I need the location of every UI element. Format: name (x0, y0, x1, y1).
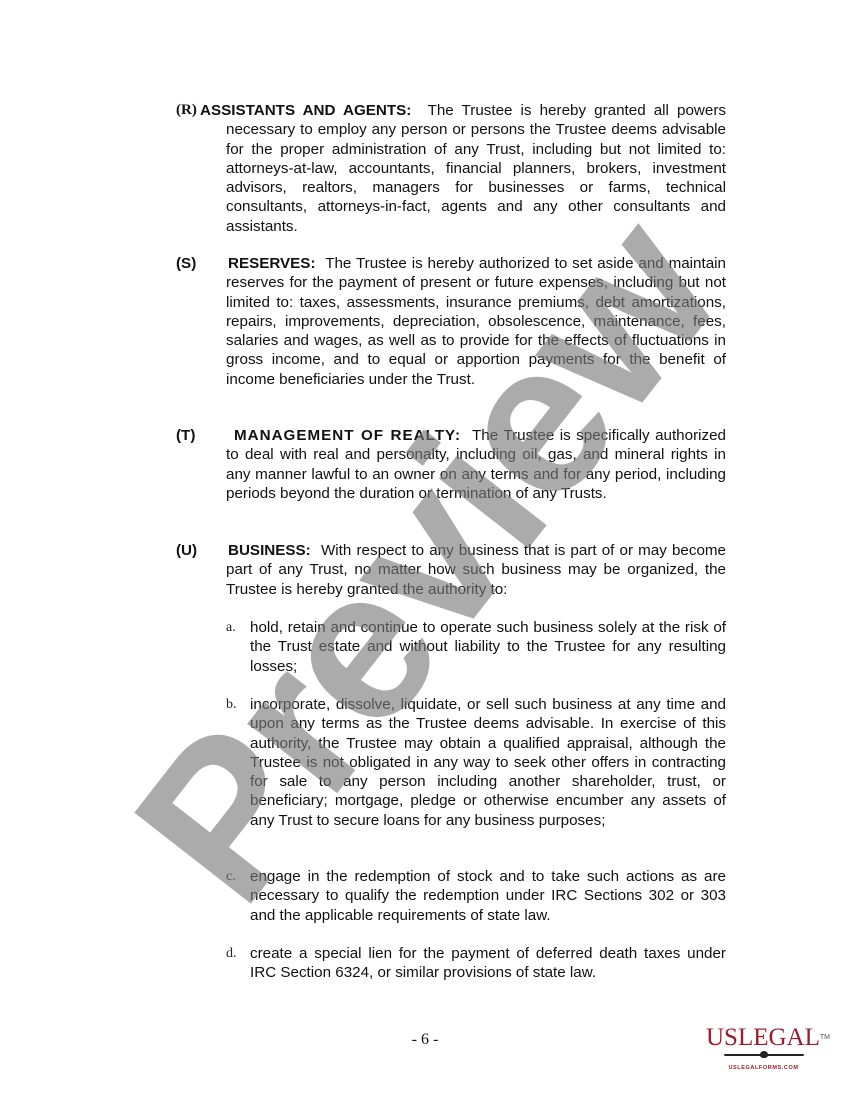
section-label: (T) (176, 426, 195, 445)
section-label: (U) (176, 541, 197, 560)
list-text: incorporate, dissolve, liquidate, or sel… (250, 695, 726, 830)
trademark-symbol: TM (820, 1034, 830, 1041)
section-body: BUSINESS: With respect to any business t… (226, 541, 726, 599)
section-heading: MANAGEMENT OF REALTY: (234, 427, 461, 444)
list-letter: a. (226, 618, 236, 637)
section-label: (R) (176, 101, 197, 120)
list-letter: c. (226, 867, 236, 886)
uslegal-logo[interactable]: USLEGALTM USLEGALFORMS.COM (706, 1025, 821, 1069)
list-item-a: a. hold, retain and continue to operate … (226, 618, 726, 676)
section-body: MANAGEMENT OF REALTY: The Trustee is spe… (226, 426, 726, 503)
section-s: (S) RESERVES: The Trustee is hereby auth… (176, 254, 726, 389)
section-label: (S) (176, 254, 196, 273)
section-body: ASSISTANTS AND AGENTS: The Trustee is he… (226, 101, 726, 236)
list-item-d: d. create a special lien for the payment… (226, 944, 726, 983)
section-body: RESERVES: The Trustee is hereby authoriz… (226, 254, 726, 389)
list-text: hold, retain and continue to operate suc… (250, 618, 726, 676)
section-text: The Trustee is hereby authorized to set … (226, 255, 726, 388)
list-text: create a special lien for the payment of… (250, 944, 726, 983)
section-u: (U) BUSINESS: With respect to any busine… (176, 541, 726, 599)
section-r: (R) ASSISTANTS AND AGENTS: The Trustee i… (176, 101, 726, 236)
section-t: (T) MANAGEMENT OF REALTY: The Trustee is… (176, 426, 726, 503)
list-text: engage in the redemption of stock and to… (250, 867, 726, 925)
logo-url: USLEGALFORMS.COM (706, 1059, 821, 1078)
logo-brand-text: USLEGAL (706, 1024, 820, 1051)
logo-brand: USLEGALTM (706, 1025, 821, 1051)
section-text: The Trustee is hereby granted all powers… (226, 102, 726, 235)
list-letter: d. (226, 944, 237, 963)
document-page: (R) ASSISTANTS AND AGENTS: The Trustee i… (0, 0, 850, 1100)
list-item-c: c. engage in the redemption of stock and… (226, 867, 726, 925)
list-item-b: b. incorporate, dissolve, liquidate, or … (226, 695, 726, 830)
eagle-wings-icon (719, 1052, 809, 1058)
section-heading: BUSINESS: (228, 542, 311, 559)
list-letter: b. (226, 695, 237, 714)
section-heading: RESERVES: (228, 255, 316, 272)
section-heading: ASSISTANTS AND AGENTS: (200, 102, 411, 119)
